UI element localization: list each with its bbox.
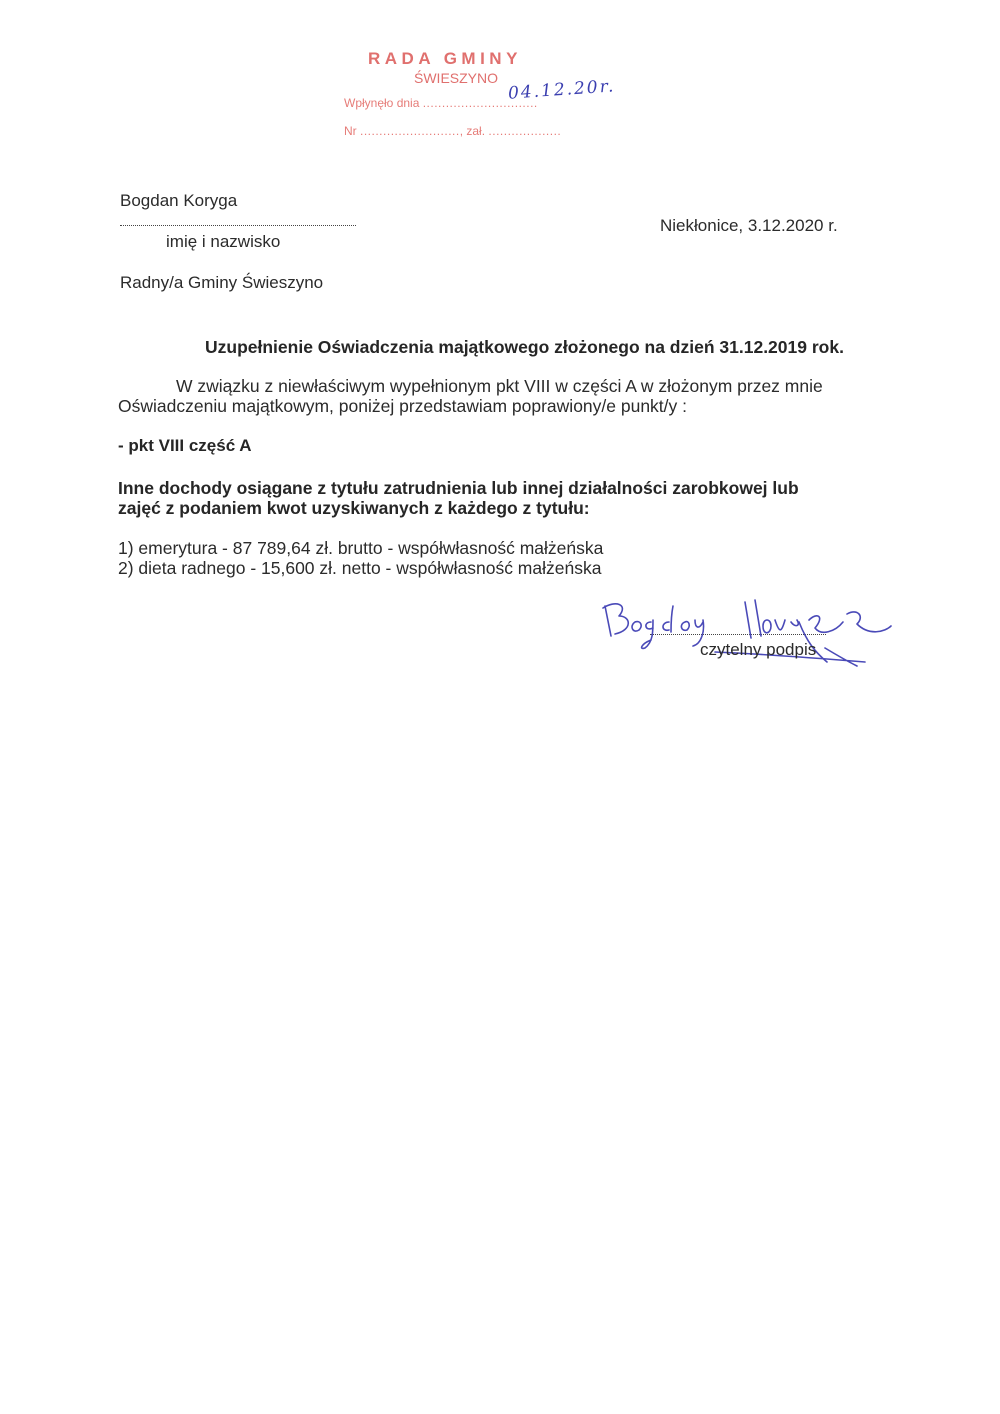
income-item-1: 1) emerytura - 87 789,64 zł. brutto - ws… <box>118 538 603 559</box>
income-item-2: 2) dieta radnego - 15,600 zł. netto - ws… <box>118 558 601 579</box>
received-stamp: RADA GMINY ŚWIESZYNO 04.12.20r. Wpłynęło… <box>340 46 580 146</box>
name-dotted-line <box>120 225 356 227</box>
stamp-received-label: Wpłynęło dnia <box>344 96 419 110</box>
stamp-received-line: Wpłynęło dnia ..........................… <box>344 96 538 110</box>
intro-line-1: W związku z niewłaściwym wypełnionym pkt… <box>176 376 823 397</box>
stamp-number-label: Nr <box>344 124 357 138</box>
stamp-number-line: Nr .........................., zał. ....… <box>344 124 561 138</box>
stamp-received-dots: .............................. <box>423 96 538 110</box>
declarant-name: Bogdan Koryga <box>120 191 237 211</box>
section-heading-line-1: Inne dochody osiągane z tytułu zatrudnie… <box>118 478 799 499</box>
place-date: Niekłonice, 3.12.2020 r. <box>660 216 838 236</box>
stamp-title: RADA GMINY <box>368 49 522 69</box>
section-heading-line-2: zajęć z podaniem kwot uzyskiwanych z każ… <box>118 498 590 519</box>
stamp-subtitle: ŚWIESZYNO <box>414 70 498 86</box>
document-title: Uzupełnienie Oświadczenia majątkowego zł… <box>205 337 844 358</box>
stamp-number-dots: .......................... <box>360 124 460 138</box>
name-caption: imię i nazwisko <box>166 232 280 252</box>
stamp-attachment-label: zał. <box>466 124 485 138</box>
signature-caption: czytelny podpis <box>700 640 816 660</box>
declarant-role: Radny/a Gminy Świeszyno <box>120 273 323 293</box>
section-reference: - pkt VIII część A <box>118 436 252 456</box>
stamp-attachment-dots: ................... <box>488 124 561 138</box>
intro-line-2: Oświadczeniu majątkowym, poniżej przedst… <box>118 396 687 417</box>
